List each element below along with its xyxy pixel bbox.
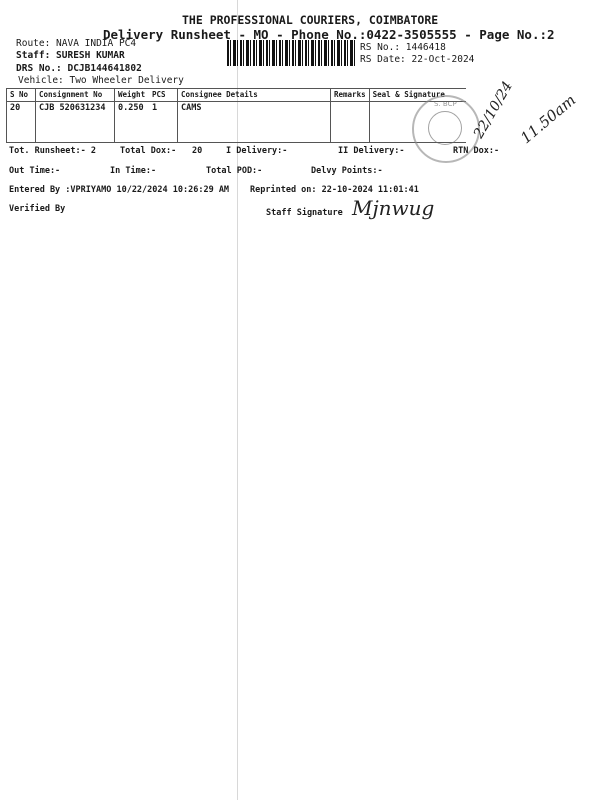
stamp-inner-circle <box>428 111 462 145</box>
in-time: In Time:- <box>110 166 156 176</box>
total-dox-label: Total Dox:- <box>120 146 176 156</box>
col-weight: Weight <box>115 89 150 102</box>
out-time: Out Time:- <box>9 166 60 176</box>
col-remarks: Remarks <box>331 89 370 102</box>
cell-consignee: CAMS <box>178 102 331 143</box>
total-dox-value: 20 <box>192 146 202 156</box>
table-header-row: S No Consignment No Weight PCS Consignee… <box>7 89 466 102</box>
vehicle-label: Vehicle: Two Wheeler Delivery <box>18 75 184 86</box>
verified-by: Verified By <box>9 204 65 214</box>
reprinted-on: Reprinted on: 22-10-2024 11:01:41 <box>250 185 419 195</box>
col-pcs: PCS <box>149 89 178 102</box>
rs-date: RS Date: 22-Oct-2024 <box>360 54 474 65</box>
cell-remarks <box>331 102 370 143</box>
cell-s-no: 20 <box>7 102 36 143</box>
cell-consignment-no: CJB 520631234 <box>36 102 115 143</box>
table-row: 20 CJB 520631234 0.250 1 CAMS <box>7 102 466 143</box>
staff-signature-label: Staff Signature <box>266 208 343 218</box>
total-pod: Total POD:- <box>206 166 262 176</box>
handwritten-date: 22/10/24 <box>471 79 516 141</box>
entered-by: Entered By :VPRIYAMO 10/22/2024 10:26:29… <box>9 185 229 195</box>
i-delivery: I Delivery:- <box>226 146 287 156</box>
rs-number: RS No.: 1446418 <box>360 42 446 53</box>
consignment-table: S No Consignment No Weight PCS Consignee… <box>6 88 466 143</box>
company-title: THE PROFESSIONAL COURIERS, COIMBATORE <box>182 13 438 27</box>
drs-number: DRS No.: DCJB144641802 <box>16 63 142 74</box>
tot-runsheet: Tot. Runsheet:- 2 <box>9 146 96 156</box>
cell-weight: 0.250 <box>115 102 150 143</box>
cell-pcs: 1 <box>149 102 178 143</box>
col-consignment-no: Consignment No <box>36 89 115 102</box>
ii-delivery: II Delivery:- <box>338 146 405 156</box>
col-s-no: S No <box>7 89 36 102</box>
barcode <box>227 40 355 66</box>
handwritten-time: 11.50am <box>517 91 579 147</box>
delvy-points: Delvy Points:- <box>311 166 383 176</box>
route-label: Route: NAVA INDIA PC4 <box>16 38 136 49</box>
staff-signature: Mjnwug <box>352 196 434 220</box>
staff-label: Staff: SURESH KUMAR <box>16 50 125 61</box>
stamp-text: S. BCP <box>434 100 457 108</box>
col-consignee: Consignee Details <box>178 89 331 102</box>
rtn-dox: RTN Dox:- <box>453 146 499 156</box>
